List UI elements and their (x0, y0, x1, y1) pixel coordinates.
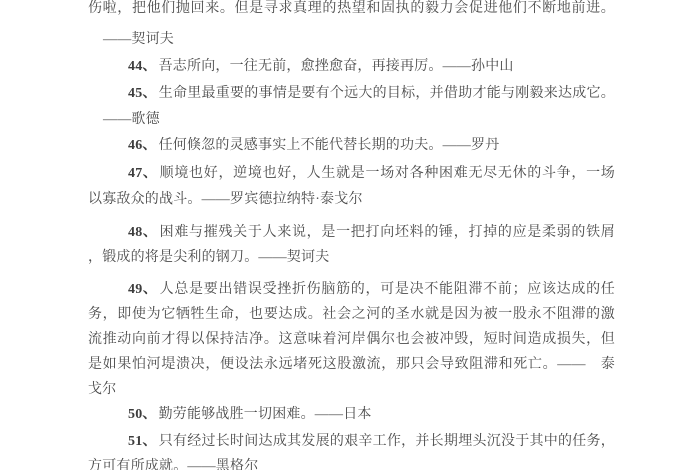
quote-number: 45、 (128, 86, 159, 101)
quote-51-line-1: 51、只有经过长时间达成其发展的艰辛工作，并长期埋头沉没于其中的任务， (88, 433, 615, 451)
quote-text: 戈尔 (88, 382, 116, 397)
quote-text: 流推动向前才得以保持洁净。这意味着河岸偶尔也会被冲毁，短时间造成损失，但 (88, 332, 615, 347)
quote-51-line-2-cutoff: 方可有所成就。——黑格尔 (88, 458, 615, 470)
quote-50-line: 50、勤劳能够战胜一切困难。——日本 (88, 406, 615, 424)
quote-number: 44、 (128, 59, 159, 74)
quote-number: 48、 (128, 225, 160, 240)
quote-text: ——契诃夫 (103, 32, 174, 47)
quote-text: 任何倏忽的灵感事实上不能代替长期的功夫。——罗丹 (159, 138, 500, 153)
quote-49-line-3: 流推动向前才得以保持洁净。这意味着河岸偶尔也会被冲毁，短时间造成损失，但 (88, 331, 615, 349)
quote-47-line-1: 47、顺境也好，逆境也好，人生就是一场对各种困难无尽无休的斗争，一场 (88, 165, 615, 183)
quote-text: 吾志所向，一往无前，愈挫愈奋，再接再厉。——孙中山 (159, 59, 514, 74)
quote-49-line-4: 是如果怕河堤溃决，便设法永远堵死这股激流，那只会导致阻滞和死亡。—— 泰 (88, 356, 615, 374)
quote-48-line-2: ，锻成的将是尖利的钢刀。——契诃夫 (88, 249, 615, 267)
quote-text: ——歌德 (103, 112, 160, 127)
quote-46-line: 46、任何倏忽的灵感事实上不能代替长期的功夫。——罗丹 (88, 137, 615, 155)
quote-number: 49、 (128, 282, 160, 297)
quote-number: 50、 (128, 407, 159, 422)
quote-text: 是如果怕河堤溃决，便设法永远堵死这股激流，那只会导致阻滞和死亡。—— 泰 (88, 357, 615, 372)
quote-text: 伤啦，把他们抛回来。但是寻求真理的热望和固执的毅力会促进他们不断地前进。 (88, 1, 615, 16)
quote-text: 只有经过长时间达成其发展的艰辛工作，并长期埋头沉没于其中的任务， (159, 434, 615, 449)
document-page: 伤啦，把他们抛回来。但是寻求真理的热望和固执的毅力会促进他们不断地前进。 ——契… (88, 0, 615, 470)
quote-43-continuation-line: 伤啦，把他们抛回来。但是寻求真理的热望和固执的毅力会促进他们不断地前进。 (88, 0, 615, 18)
quote-text: 以寡敌众的战斗。——罗宾德拉纳特·泰戈尔 (88, 192, 363, 207)
quote-48-line-1: 48、困难与摧残关于人来说，是一把打向坯料的锤，打掉的应是柔弱的铁屑 (88, 224, 615, 242)
quote-text: 困难与摧残关于人来说，是一把打向坯料的锤，打掉的应是柔弱的铁屑 (160, 225, 615, 240)
quote-49-line-1: 49、人总是要出错误受挫折伤脑筋的，可是决不能阻滞不前；应该达成的任 (88, 281, 615, 299)
quote-47-line-2: 以寡敌众的战斗。——罗宾德拉纳特·泰戈尔 (88, 191, 615, 209)
quote-text: ，锻成的将是尖利的钢刀。——契诃夫 (88, 250, 329, 265)
attribution-tagore-wrap: 戈尔 (88, 381, 615, 399)
quote-text: 顺境也好，逆境也好，人生就是一场对各种困难无尽无休的斗争，一场 (160, 166, 615, 181)
quote-text: 方可有所成就。——黑格尔 (88, 459, 258, 470)
quote-45-line-1: 45、生命里最重要的事情是要有个远大的目标，并借助才能与刚毅来达成它。 (88, 85, 615, 103)
quote-number: 51、 (128, 434, 159, 449)
quote-number: 46、 (128, 138, 159, 153)
quote-text: 务，即使为它牺牲生命，也要达成。社会之河的圣水就是因为被一股永不阻滞的激 (88, 307, 615, 322)
attribution-goethe: ——歌德 (88, 111, 615, 129)
quote-text: 勤劳能够战胜一切困难。——日本 (159, 407, 372, 422)
quote-number: 47、 (128, 166, 160, 181)
quote-text: 人总是要出错误受挫折伤脑筋的，可是决不能阻滞不前；应该达成的任 (160, 282, 615, 297)
quote-49-line-2: 务，即使为它牺牲生命，也要达成。社会之河的圣水就是因为被一股永不阻滞的激 (88, 306, 615, 324)
attribution-chekhov: ——契诃夫 (88, 31, 615, 49)
quote-text: 生命里最重要的事情是要有个远大的目标，并借助才能与刚毅来达成它。 (159, 86, 615, 101)
quote-44-line: 44、吾志所向，一往无前，愈挫愈奋，再接再厉。——孙中山 (88, 58, 615, 76)
